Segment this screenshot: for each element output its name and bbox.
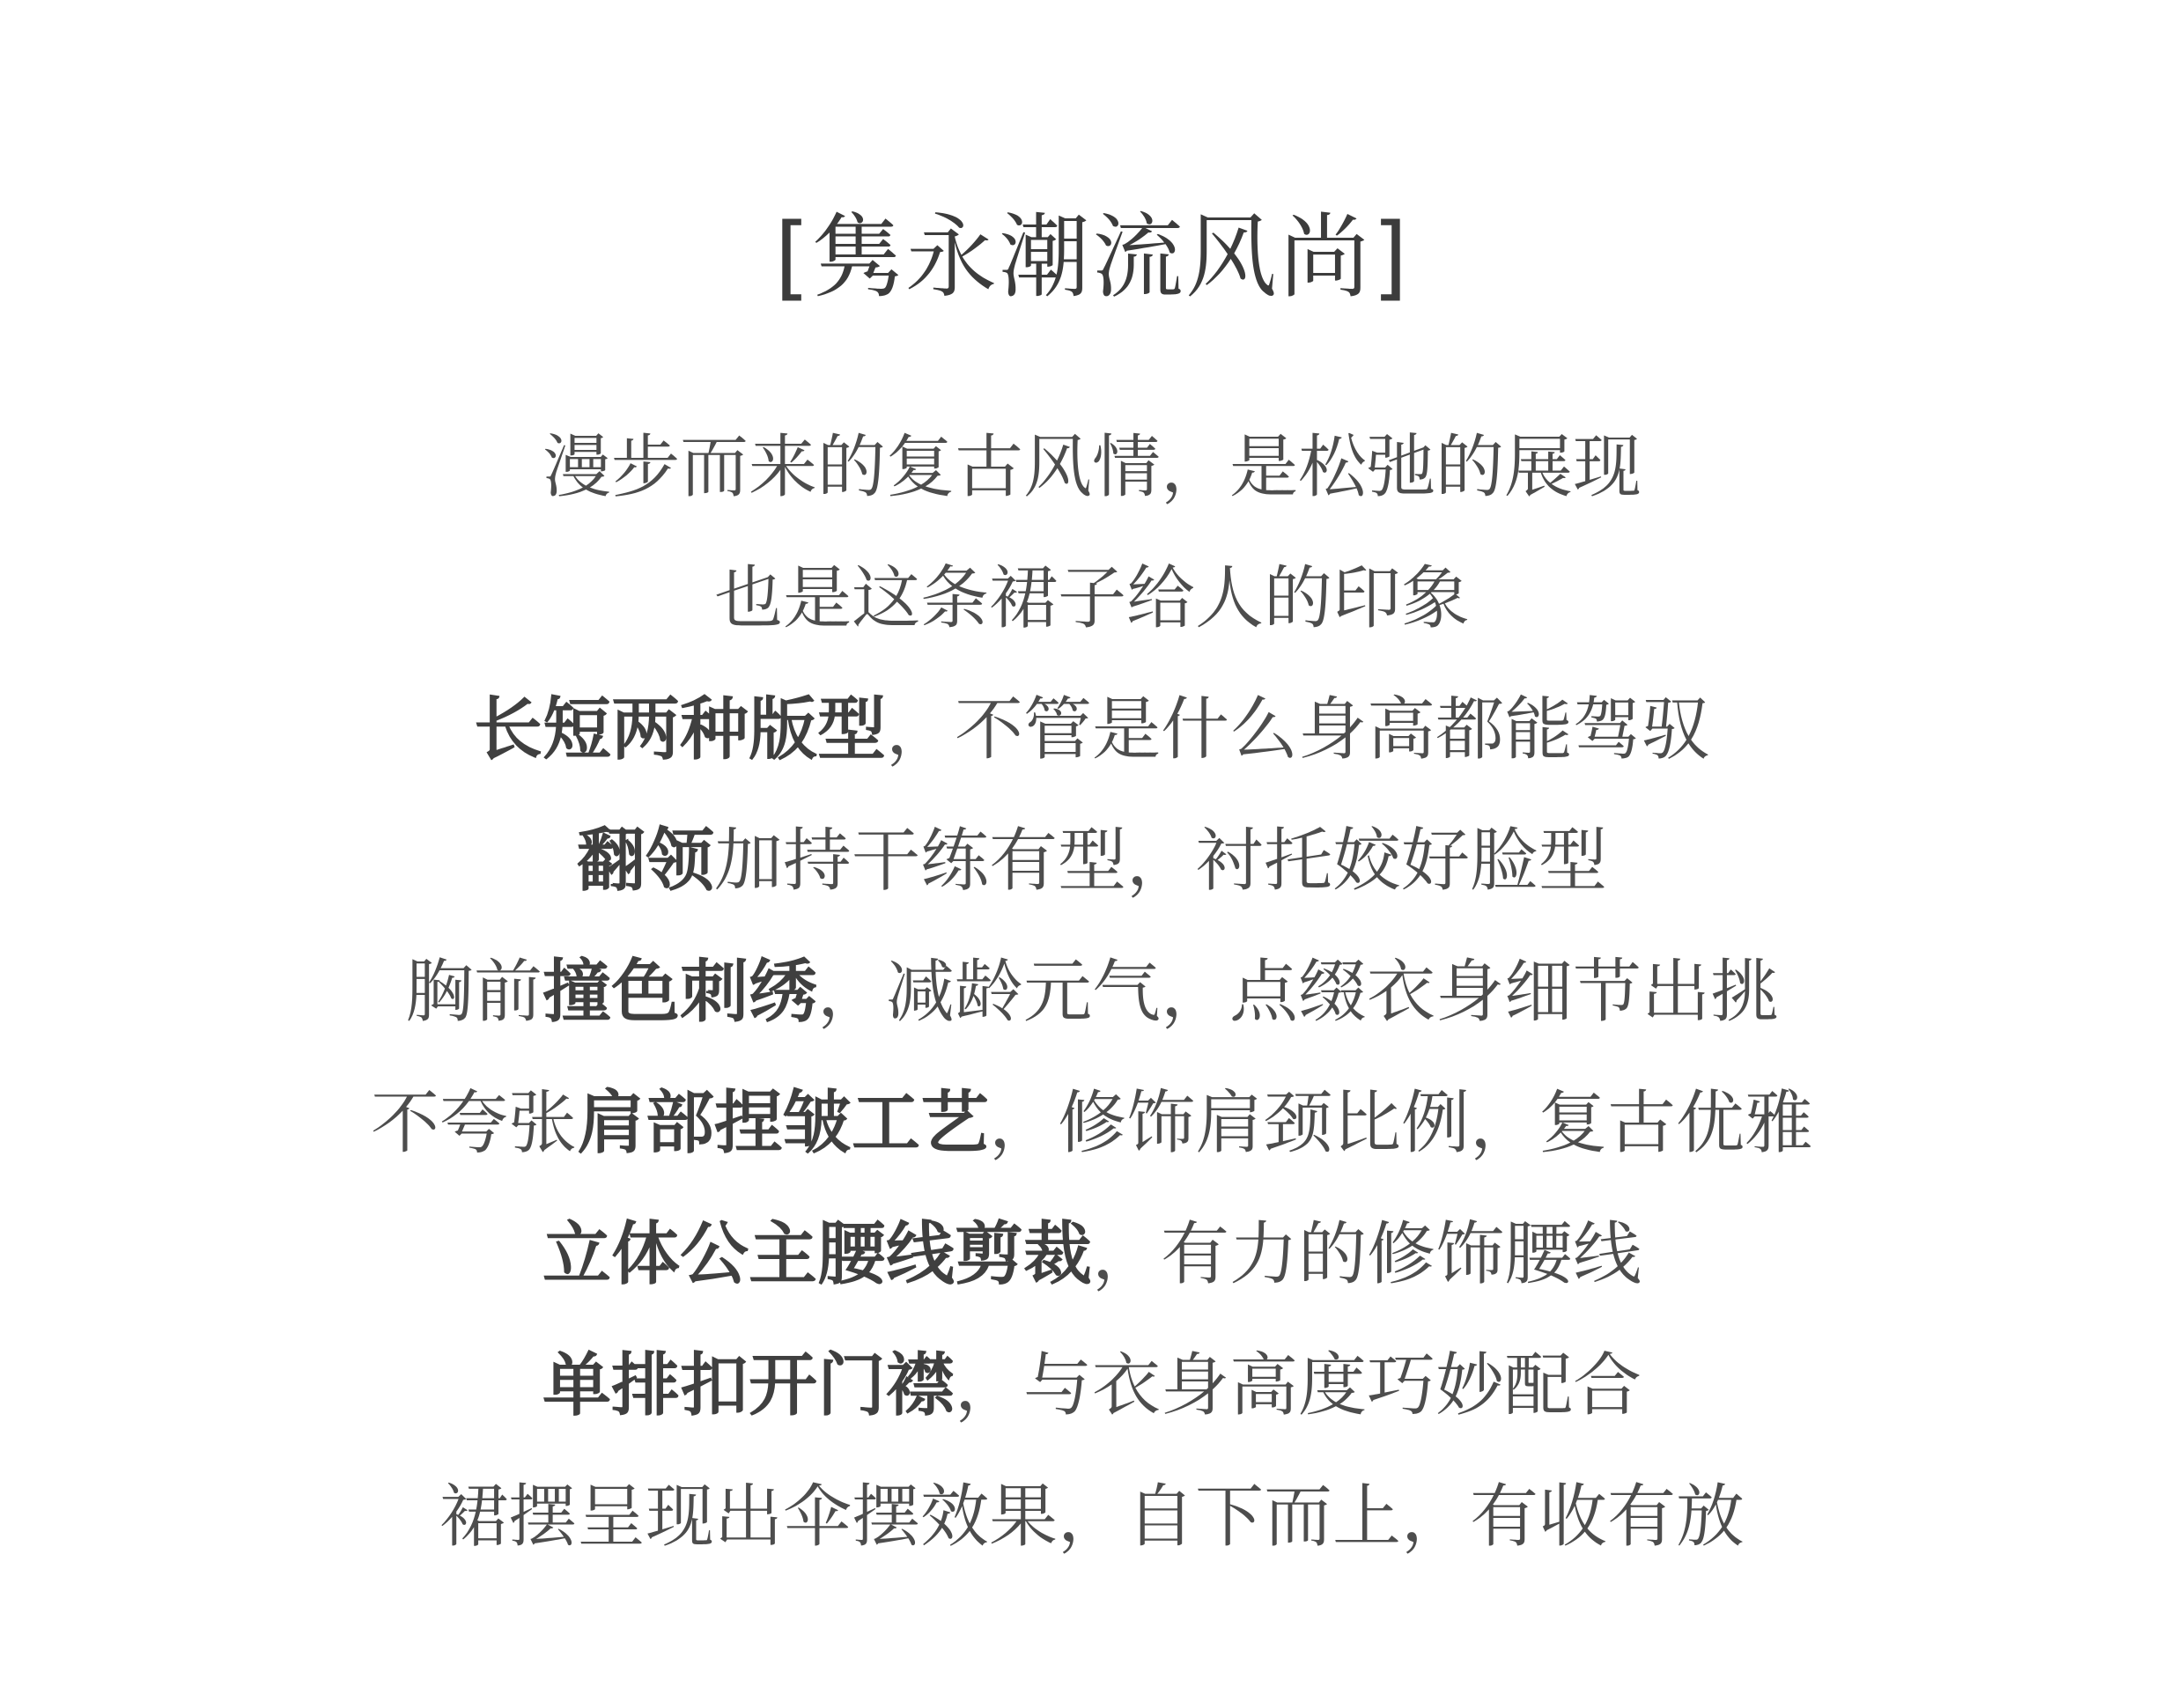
highlight-text: 单排扣开门襟 (542, 1346, 955, 1425)
highlight-text: 立体公主腰线剪裁 (542, 1215, 1092, 1294)
line-text: 也是这条裙子给人的印象 (714, 559, 1470, 638)
line-text: 裙摆呈现出伞摆效果，自下而上，有收有放 (439, 1477, 1745, 1557)
line-text: ，修饰肩颈比例，复古优雅 (989, 1084, 1813, 1163)
product-description-page: [隽永潮流风尚] 漫步而来的复古风情，是松弛的展现 也是这条裙子给人的印象 长短… (0, 0, 2184, 1694)
description-line-3: 长短两种版型，不管是什么身高都能驾驭 (0, 674, 2184, 806)
description-lines: 漫步而来的复古风情，是松弛的展现 也是这条裙子给人的印象 长短两种版型，不管是什… (0, 412, 2184, 1593)
highlight-text: 长短两种版型 (474, 690, 886, 770)
description-line-6: 不夸张肩部捏皱工艺，修饰肩颈比例，复古优雅 (0, 1068, 2184, 1199)
description-line-5: 胸前撞色刺绣，减龄元气，点缀衣身细节出挑 (0, 937, 2184, 1068)
description-line-9: 裙摆呈现出伞摆效果，自下而上，有收有放 (0, 1462, 2184, 1593)
line-text: 不夸张 (371, 1084, 577, 1163)
description-line-2: 也是这条裙子给人的印象 (0, 543, 2184, 674)
description-line-1: 漫步而来的复古风情，是松弛的展现 (0, 412, 2184, 543)
description-line-4: 翻领加持干练有型，衬托姣好脸型 (0, 806, 2184, 937)
highlight-text: 撞色刺绣 (542, 953, 817, 1032)
description-line-8: 单排扣开门襟，与衣身高度巧妙配合 (0, 1330, 2184, 1462)
highlight-text: 肩部捏皱工艺 (577, 1084, 989, 1163)
line-text: 漫步而来的复古风情，是松弛的展现 (542, 428, 1642, 507)
highlight-text: 翻领 (577, 821, 714, 901)
line-text: 加持干练有型，衬托姣好脸型 (714, 821, 1607, 901)
line-text: ，有力的修饰腰线 (1092, 1215, 1642, 1294)
description-line-7: 立体公主腰线剪裁，有力的修饰腰线 (0, 1199, 2184, 1330)
line-text: ，与衣身高度巧妙配合 (955, 1346, 1642, 1425)
section-title: [隽永潮流风尚] (0, 195, 2184, 319)
line-text: ，不管是什么身高都能驾驭 (886, 690, 1710, 770)
line-text: 胸前 (405, 953, 542, 1032)
line-text: ，减龄元气，点缀衣身细节出挑 (817, 953, 1779, 1032)
